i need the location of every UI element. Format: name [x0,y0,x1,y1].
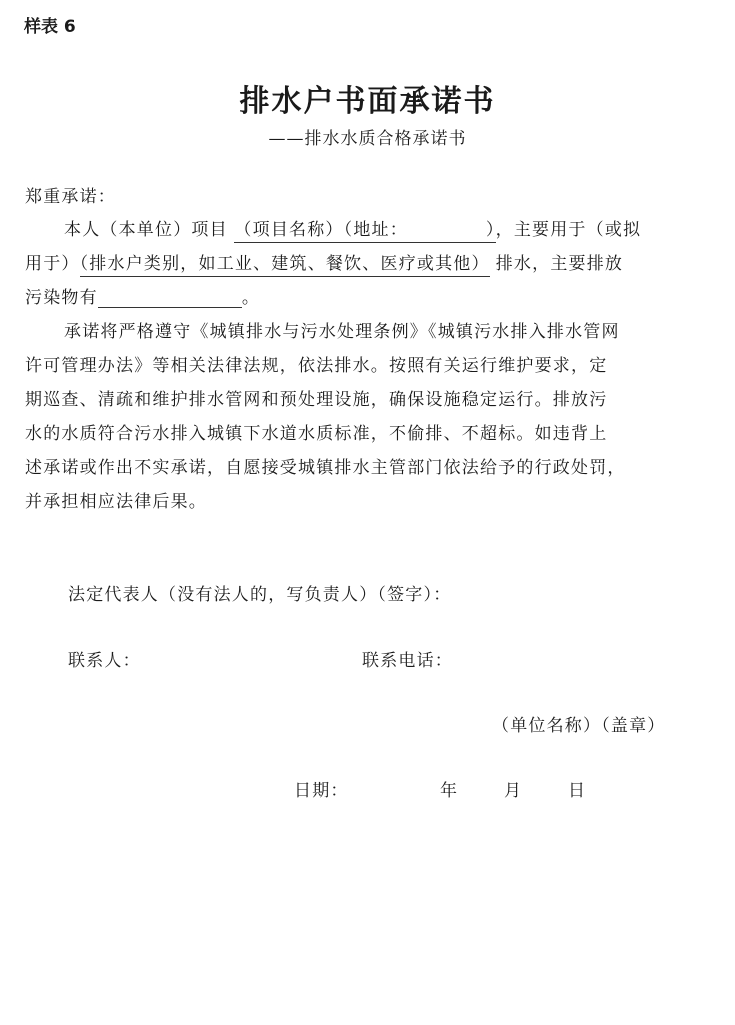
sample-label: 样表 6 [24,12,76,37]
obligation-line-5: 述承诺或作出不实承诺，自愿接受城镇排水主管部门依法给予的行政处罚， [25,453,626,478]
project-intro: 本人（本单位）项目 [64,220,228,240]
period: 。 [242,288,260,308]
day-label: 日 [568,776,586,801]
document-title: 排水户书面承诺书 [0,76,735,120]
address-blank[interactable] [408,223,486,241]
date-label: 日期： [294,776,349,801]
obligation-line-2: 许可管理办法》等相关法律法规，依法排水。按照有关运行维护要求，定 [25,351,607,376]
document-subtitle: ——排水水质合格承诺书 [0,124,735,149]
discharger-category-field[interactable]: （排水户类别，如工业、建筑、餐饮、医疗或其他） [80,254,490,277]
obligation-line-1: 承诺将严格遵守《城镇排水与污水处理条例》《城镇污水排入排水管网 [64,317,620,342]
month-label: 月 [504,776,522,801]
year-label: 年 [440,776,458,801]
commitment-line-3: 污染物有。 [25,283,260,308]
obligation-line-4: 水的水质符合污水排入城镇下水道水质标准，不偷排、不超标。如违背上 [25,419,607,444]
address-close: ） [486,220,496,240]
commitment-line-1: 本人（本单位）项目 （项目名称）（地址：），主要用于（或拟 [64,215,641,241]
usage-cont: 用于） [25,254,80,274]
project-name-field[interactable]: （项目名称）（地址：） [234,220,495,243]
obligation-line-6: 并承担相应法律后果。 [25,487,207,512]
usage-intro: ，主要用于（或拟 [496,220,642,240]
discharge-text: 排水，主要排放 [496,254,623,274]
project-name-placeholder: （项目名称）（地址： [234,220,408,240]
salutation: 郑重承诺： [25,182,116,207]
contact-person-label: 联系人： [68,646,141,671]
obligation-line-3: 期巡查、清疏和维护排水管网和预处理设施，确保设施稳定运行。排放污 [25,385,607,410]
pollutant-label: 污染物有 [25,288,98,308]
pollutant-field[interactable] [98,289,242,308]
commitment-line-2: 用于）（排水户类别，如工业、建筑、餐饮、医疗或其他）排水，主要排放 [25,249,623,274]
legal-representative-signature-label: 法定代表人（没有法人的，写负责人）（签字）： [68,580,451,605]
unit-seal-label: （单位名称）（盖章） [492,711,666,736]
contact-phone-label: 联系电话： [362,646,453,671]
